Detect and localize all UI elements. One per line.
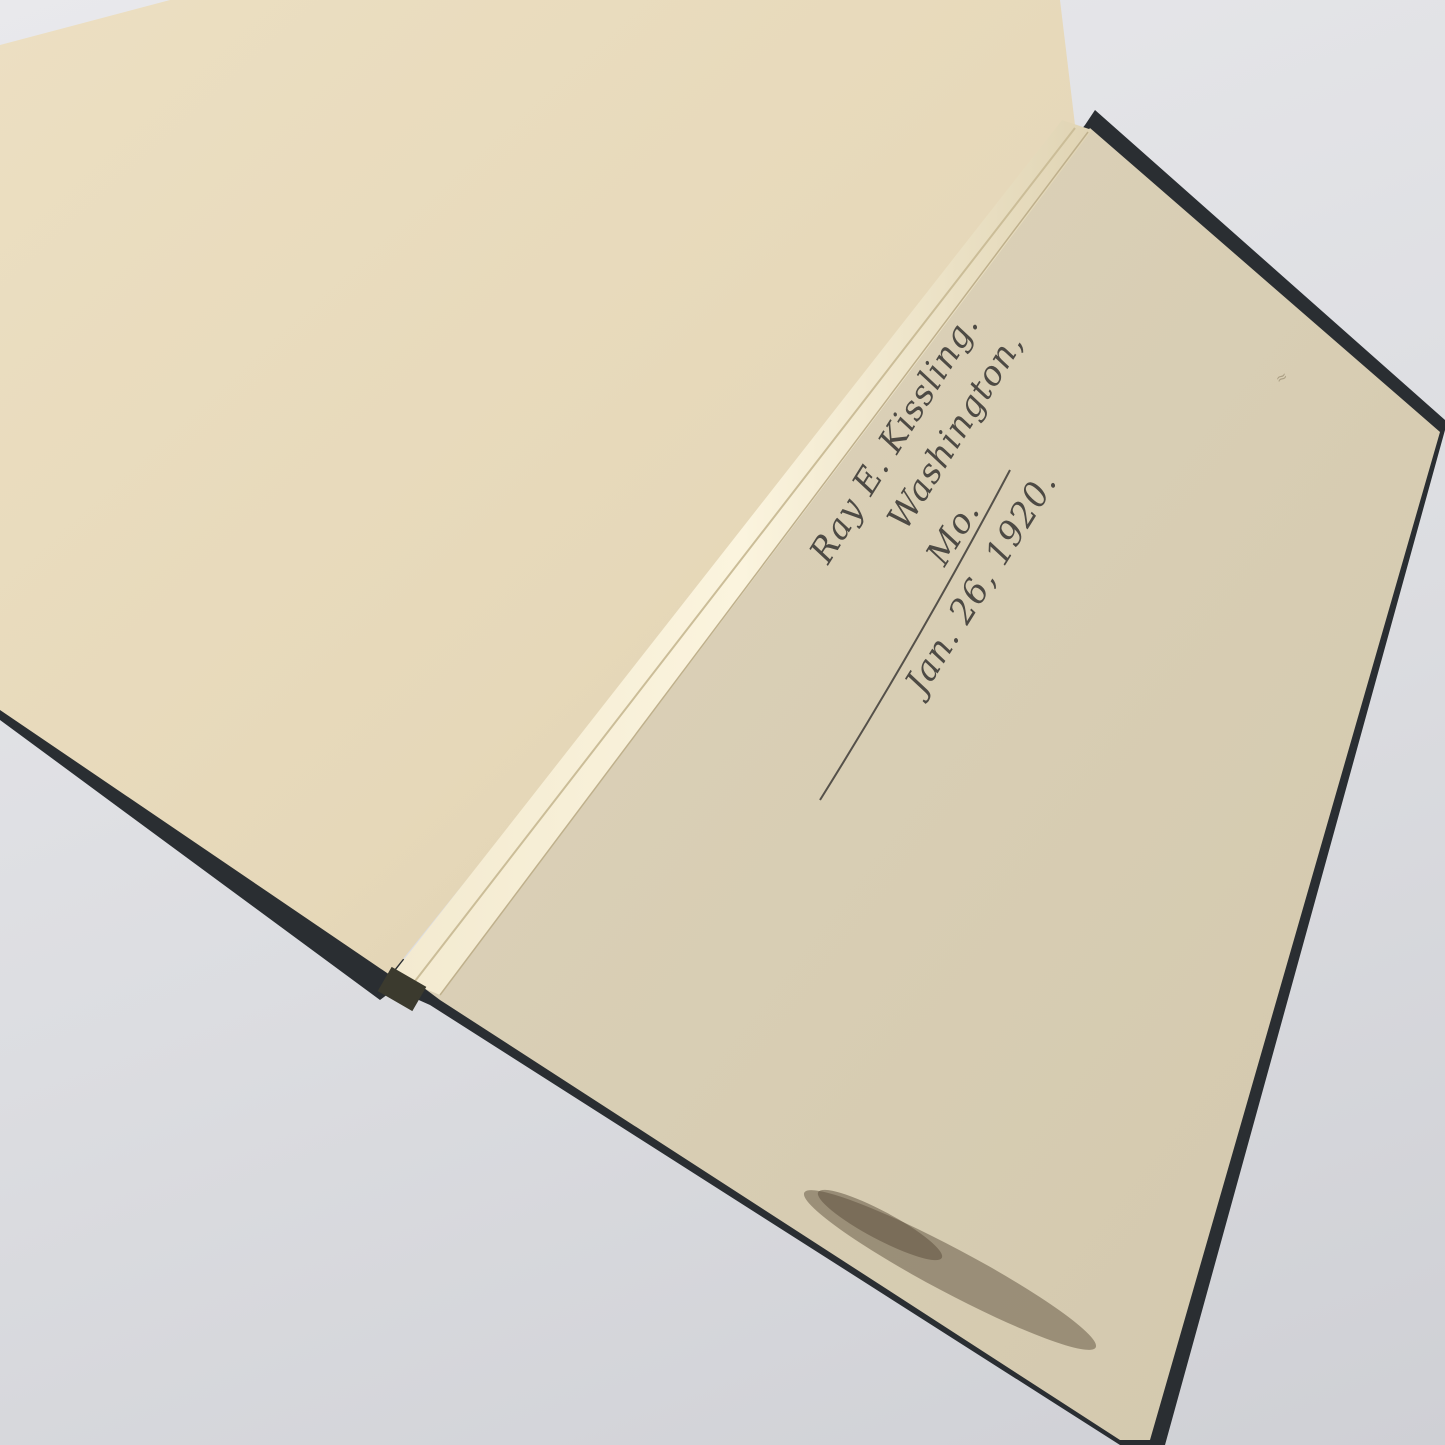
- book-illustration: [0, 0, 1445, 1445]
- photo-scene: Ray E. Kissling. Washington, Mo. Jan. 26…: [0, 0, 1445, 1445]
